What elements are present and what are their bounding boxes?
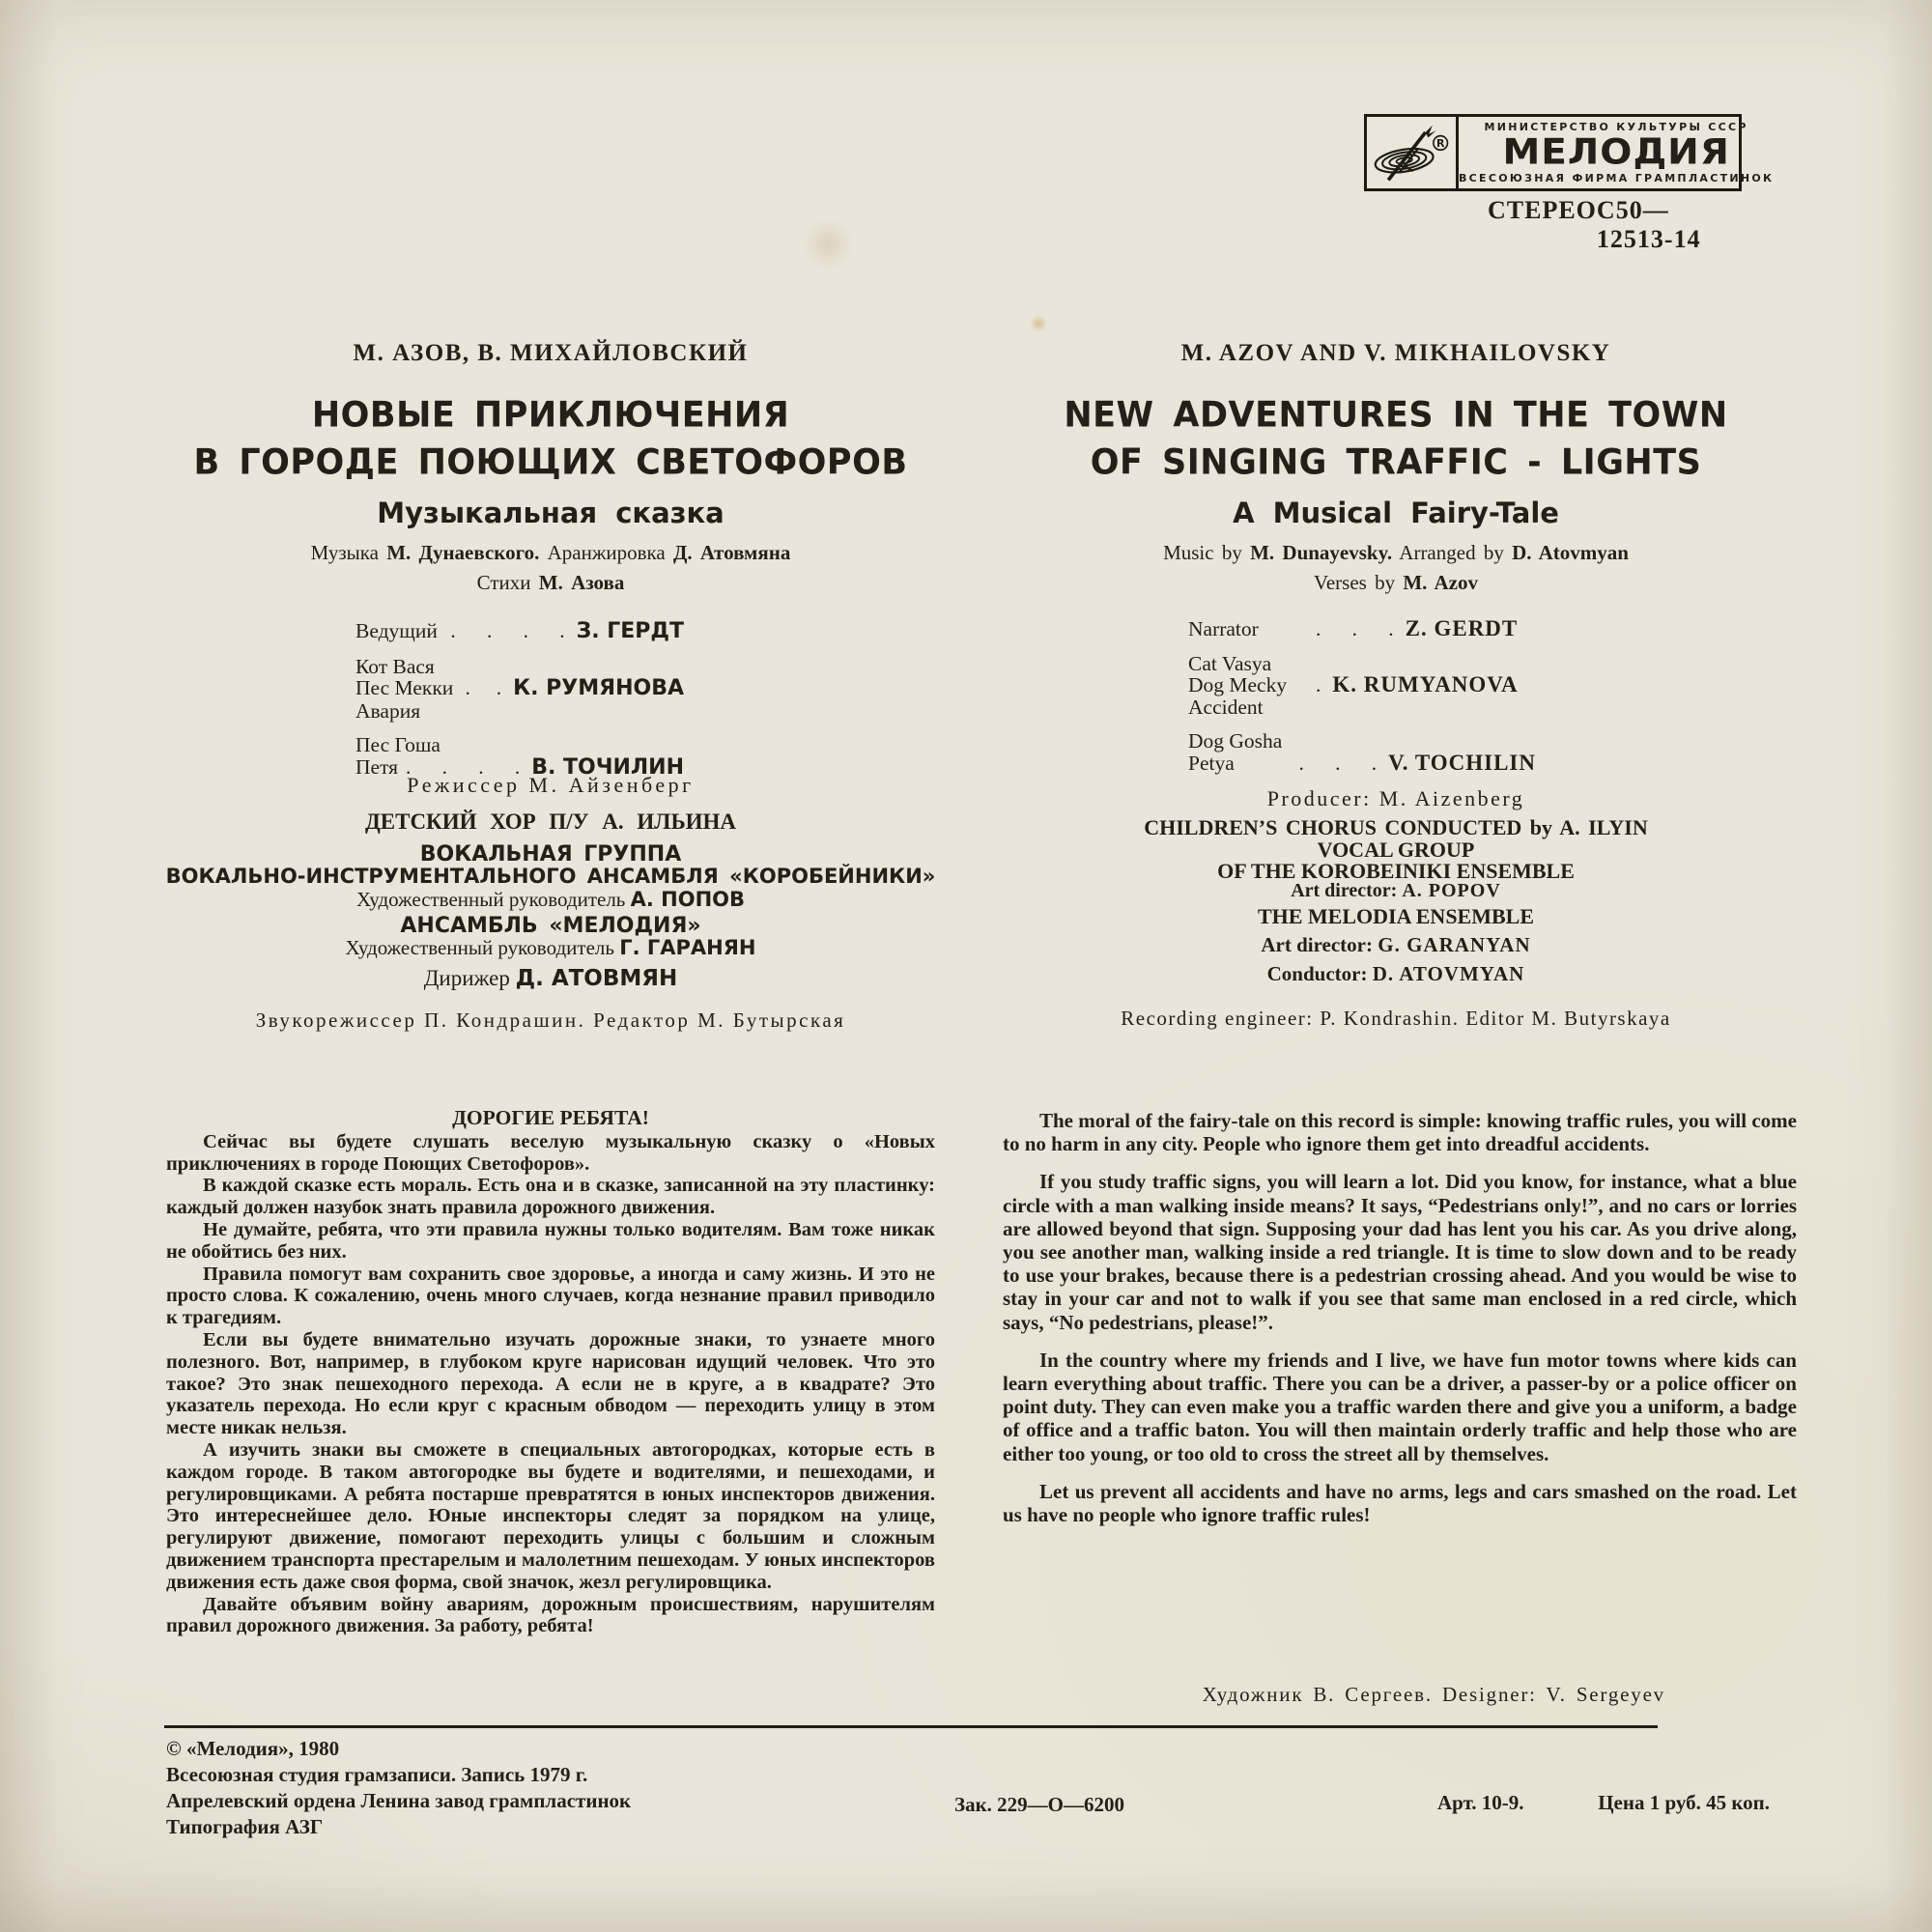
designer-credit: Художник В. Сергеев. Designer: V. Sergey… [995, 1683, 1665, 1707]
title-en-line1: NEW ADVENTURES IN THE TOWN [995, 392, 1797, 440]
paragraph-ru: Правила помогут вам сохранить свое здоро… [166, 1264, 935, 1329]
paragraph-ru: Если вы будете внимательно изучать дорож… [166, 1329, 935, 1439]
cast-role: Petya [1188, 753, 1298, 775]
cast-list-en: Narrator . . . Z. GERDT Cat Vasya Dog Me… [1188, 618, 1536, 786]
authors-ru: М. АЗОВ, В. МИХАЙЛОВСКИЙ [164, 340, 937, 367]
copyright-line: © «Мелодия», 1980 [166, 1736, 631, 1762]
vocal-group-ru-line2: ВОКАЛЬНО-ИНСТРУМЕНТАЛЬНОГО АНСАМБЛЯ «КОР… [164, 865, 937, 888]
cast-row: Кот Вася Пес Мекки . . К. РУМЯНОВА Авари… [355, 656, 684, 723]
title-en: NEW ADVENTURES IN THE TOWN OF SINGING TR… [995, 392, 1797, 487]
arranger-en: D. Atovmyan [1512, 541, 1629, 564]
vg-director-en: Art director: A. POPOV [995, 880, 1797, 902]
arranger-label-ru: Аранжировка [548, 541, 666, 564]
paragraph-en: If you study traffic signs, you will lea… [1003, 1170, 1797, 1333]
engineer-editor-en: Recording engineer: P. Kondrashin. Edito… [995, 1007, 1797, 1031]
music-label-ru: Музыка [311, 541, 379, 564]
vg-director-ru: Художественный руководитель А. ПОПОВ [164, 888, 937, 912]
paragraph-ru: В каждой сказке есть мораль. Есть она и … [166, 1175, 935, 1219]
art-director-label: Art director: [1261, 933, 1373, 956]
order-number: Зак. 229—О—6200 [954, 1793, 1124, 1817]
conductor-name: Д. АТОВМЯН [516, 966, 678, 991]
liner-notes-en: The moral of the fairy-tale on this reco… [1003, 1109, 1797, 1541]
cast-actor: K. RUMYANOVA [1332, 674, 1518, 696]
producer-en: Producer: M. Aizenberg [995, 786, 1797, 811]
conductor-label: Дирижер [424, 966, 510, 990]
catalog-number: С50—12513-14 [1597, 196, 1741, 254]
ministry-line: МИНИСТЕРСТВО КУЛЬТУРЫ СССР [1485, 122, 1748, 132]
art-number: Арт. 10-9. [1437, 1791, 1524, 1815]
art-director-name: А. ПОПОВ [631, 888, 745, 911]
paragraph-en: In the country where my friends and I li… [1003, 1349, 1797, 1465]
leader-dots: . . [466, 677, 502, 699]
composer-ru: М. Дунаевского. [386, 541, 539, 564]
verses-credit-en: Verses by M. Azov [995, 571, 1797, 595]
engineer-editor-ru: Звукорежиссер П. Кондрашин. Редактор М. … [164, 1009, 937, 1033]
art-director-label: Художественный руководитель [356, 888, 625, 911]
subtitle-en: A Musical Fairy-Tale [995, 497, 1797, 529]
verses-author-en: M. Azov [1403, 571, 1478, 594]
arranger-ru: Д. Атовмяна [673, 541, 790, 564]
firm-line: ВСЕСОЮЗНАЯ ФИРМА ГРАМПЛАСТИНОК [1459, 173, 1774, 184]
cast-actor: V. TOCHILIN [1388, 753, 1536, 775]
title-ru-line1: НОВЫЕ ПРИКЛЮЧЕНИЯ [164, 392, 937, 440]
melodiya-label-text: МИНИСТЕРСТВО КУЛЬТУРЫ СССР МЕЛОДИЯ ВСЕСО… [1459, 117, 1774, 188]
paragraph-en: The moral of the fairy-tale on this reco… [1003, 1109, 1797, 1155]
price: Цена 1 руб. 45 коп. [1598, 1791, 1770, 1815]
cast-role: Пес Гоша [355, 734, 684, 756]
art-director-label: Художественный руководитель [346, 936, 614, 959]
brand-name: МЕЛОДИЯ [1502, 134, 1729, 170]
svg-text:R: R [1436, 137, 1445, 150]
cast-row: Cat Vasya Dog Mecky . K. RUMYANOVA Accid… [1188, 653, 1536, 719]
ens-director-ru: Художественный руководитель Г. ГАРАНЯН [164, 936, 937, 960]
melodiya-label-box: R МИНИСТЕРСТВО КУЛЬТУРЫ СССР МЕЛОДИЯ ВСЕ… [1364, 114, 1742, 191]
verses-author-ru: М. Азова [539, 571, 625, 594]
cast-role: Accident [1188, 696, 1536, 719]
leader-dots: . [1316, 674, 1321, 696]
cast-role: Dog Gosha [1188, 730, 1536, 753]
catalog-line: СТЕРЕО С50—12513-14 [1488, 196, 1741, 254]
art-director-label: Art director: [1291, 880, 1397, 901]
cast-list-ru: Ведущий . . . . З. ГЕРДТ Кот Вася Пес Ме… [355, 620, 684, 791]
cast-role: Ведущий [355, 620, 450, 642]
director-ru: Режиссер М. Айзенберг [164, 773, 937, 798]
paragraph-ru: Давайте объявим войну авариям, дорожным … [166, 1594, 935, 1638]
cast-role: Кот Вася [355, 656, 684, 678]
cast-role: Dog Mecky [1188, 674, 1316, 696]
imprint-block: © «Мелодия», 1980 Всесоюзная студия грам… [166, 1736, 631, 1840]
music-credit-en: Music by M. Dunayevsky. Arranged by D. A… [995, 541, 1797, 565]
cast-actor: К. РУМЯНОВА [513, 678, 684, 700]
title-ru-line2: В ГОРОДЕ ПОЮЩИХ СВЕТОФОРОВ [164, 440, 937, 487]
conductor-en: Conductor: D. ATOVMYAN [995, 962, 1797, 986]
art-director-name: Г. ГАРАНЯН [619, 936, 755, 959]
divider-rule [164, 1725, 1658, 1728]
verses-label-ru: Стихи [477, 571, 531, 594]
cast-role: Cat Vasya [1188, 653, 1536, 675]
arranger-label-en: Arranged by [1399, 541, 1504, 564]
liner-notes-heading-ru: ДОРОГИЕ РЕБЯТА! [166, 1107, 935, 1129]
paragraph-ru: А изучить знаки вы сможете в специальных… [166, 1439, 935, 1594]
music-credit-ru: Музыка М. Дунаевского. Аранжировка Д. Ат… [164, 541, 937, 565]
art-director-name: G. GARANYAN [1378, 933, 1530, 956]
ens-director-en: Art director: G. GARANYAN [995, 933, 1797, 957]
title-ru: НОВЫЕ ПРИКЛЮЧЕНИЯ В ГОРОДЕ ПОЮЩИХ СВЕТОФ… [164, 392, 937, 487]
studio-line: Всесоюзная студия грамзаписи. Запись 197… [166, 1762, 631, 1788]
leader-dots: . . . . [450, 620, 564, 642]
conductor-label: Conductor: [1267, 962, 1368, 985]
paragraph-ru: Сейчас вы будете слушать веселую музыкал… [166, 1131, 935, 1176]
art-director-name: A. POPOV [1402, 880, 1500, 901]
cast-actor: Z. GERDT [1406, 618, 1519, 640]
cast-actor: З. ГЕРДТ [577, 621, 684, 643]
record-sleeve-back: R МИНИСТЕРСТВО КУЛЬТУРЫ СССР МЕЛОДИЯ ВСЕ… [0, 0, 1932, 1932]
cast-row: Narrator . . . Z. GERDT [1188, 618, 1536, 640]
leader-dots: . . . [1298, 753, 1377, 775]
music-label-en: Music by [1163, 541, 1242, 564]
ensemble-ru: АНСАМБЛЬ «МЕЛОДИЯ» [164, 914, 937, 938]
paragraph-ru: Не думайте, ребята, что эти правила нужн… [166, 1219, 935, 1264]
cast-role: Авария [355, 700, 684, 723]
liner-notes-ru: ДОРОГИЕ РЕБЯТА! Сейчас вы будете слушать… [166, 1107, 935, 1637]
title-en-line2: OF SINGING TRAFFIC - LIGHTS [995, 440, 1797, 487]
verses-label-en: Verses by [1314, 571, 1395, 594]
authors-en: M. AZOV AND V. MIKHAILOVSKY [995, 340, 1797, 367]
melodiya-emblem: R [1367, 117, 1459, 188]
printer-line: Типография АЗГ [166, 1814, 631, 1840]
leader-dots: . . . [1316, 618, 1394, 640]
cast-row: Ведущий . . . . З. ГЕРДТ [355, 620, 684, 643]
cast-row: Dog Gosha Petya . . . V. TOCHILIN [1188, 730, 1536, 774]
cast-role: Пес Мекки [355, 677, 466, 699]
verses-credit-ru: Стихи М. Азова [164, 571, 937, 595]
record-tuning-fork-icon: R [1367, 122, 1456, 184]
conductor-ru: Дирижер Д. АТОВМЯН [164, 966, 937, 991]
ensemble-en: THE MELODIA ENSEMBLE [995, 904, 1797, 929]
cast-role: Narrator [1188, 618, 1316, 640]
chorus-ru: ДЕТСКИЙ ХОР П/У А. ИЛЬИНА [164, 810, 937, 835]
price-line: Арт. 10-9. Цена 1 руб. 45 коп. [1437, 1791, 1770, 1815]
stereo-label: СТЕРЕО [1488, 196, 1597, 254]
vocal-group-ru-line1: ВОКАЛЬНАЯ ГРУППА [164, 842, 937, 867]
conductor-name: D. ATOVMYAN [1373, 962, 1525, 985]
paragraph-en: Let us prevent all accidents and have no… [1003, 1480, 1797, 1526]
subtitle-ru: Музыкальная сказка [164, 497, 937, 529]
composer-en: M. Dunayevsky. [1250, 541, 1392, 564]
plant-line: Апрелевский ордена Ленина завод грамплас… [166, 1788, 631, 1814]
